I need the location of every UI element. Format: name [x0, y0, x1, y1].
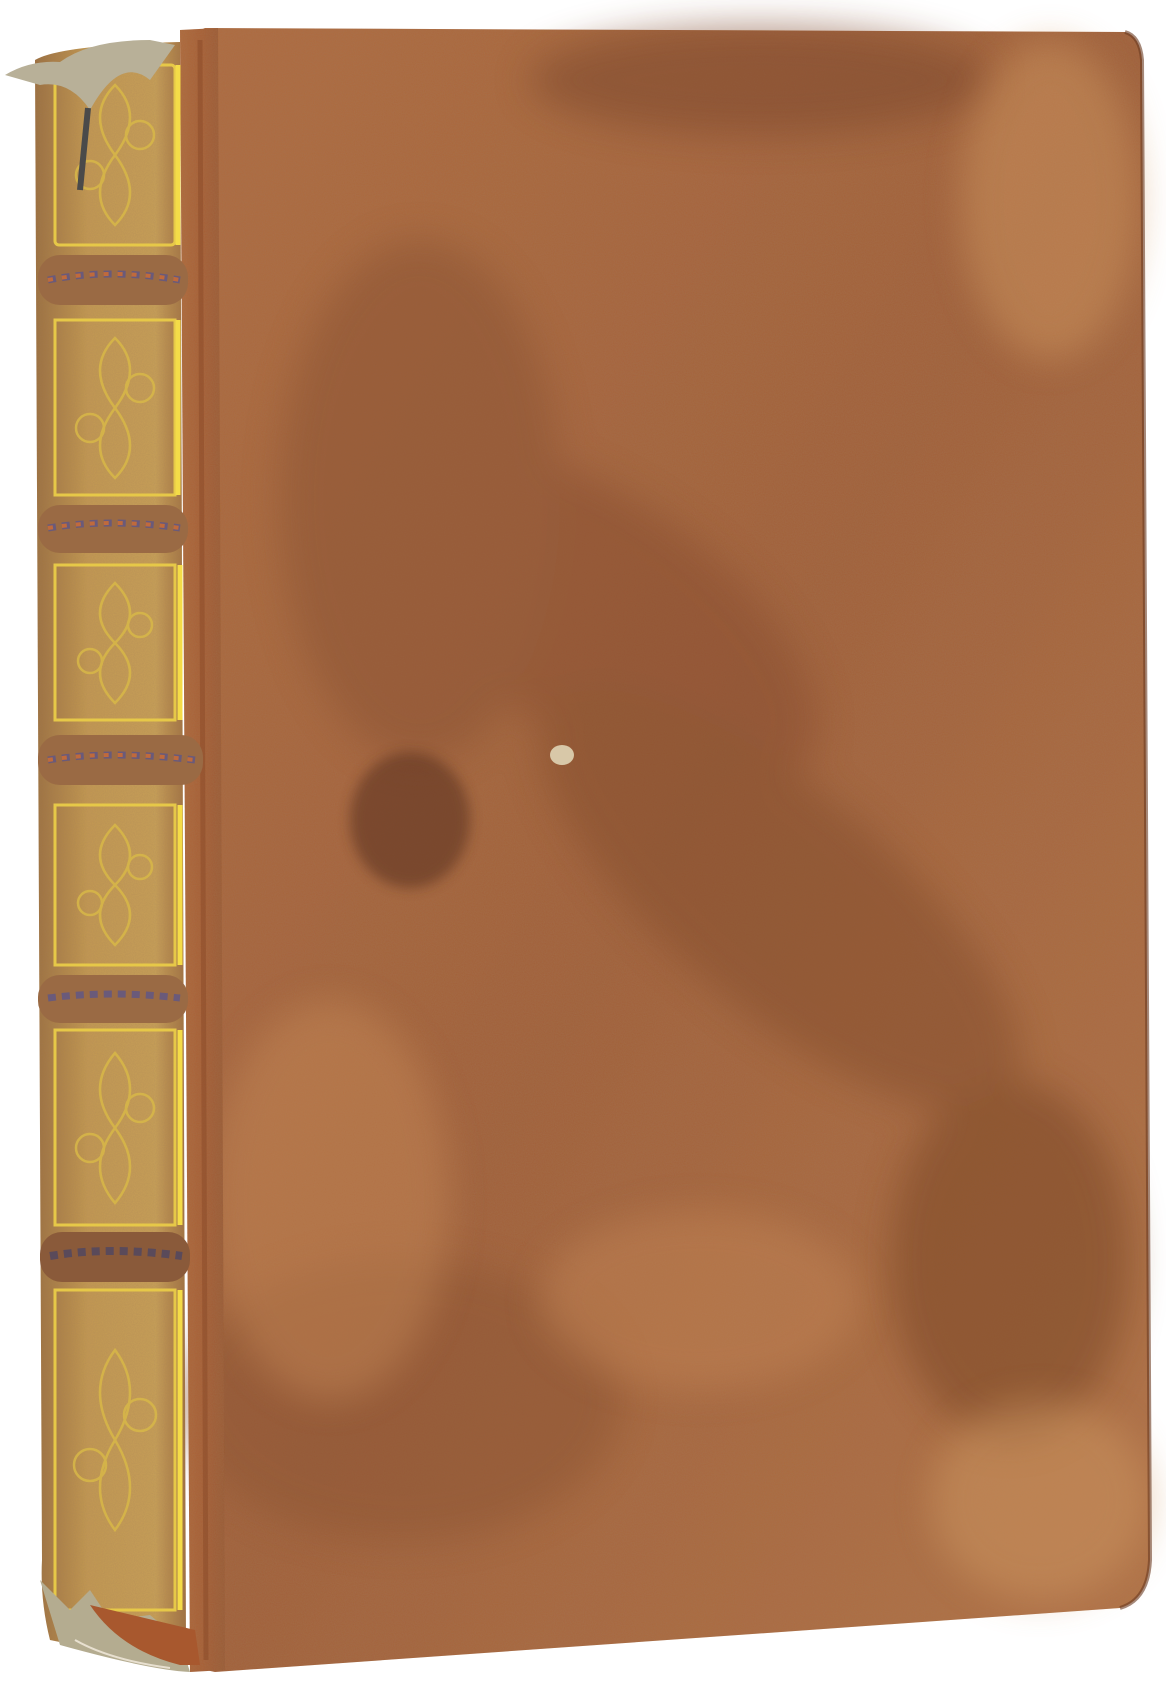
book-illustration — [0, 0, 1166, 1685]
book-photo — [0, 0, 1166, 1685]
dark-stain — [350, 752, 470, 888]
spine — [5, 40, 203, 1672]
pale-chip — [550, 745, 574, 765]
front-cover — [180, 25, 1150, 1672]
